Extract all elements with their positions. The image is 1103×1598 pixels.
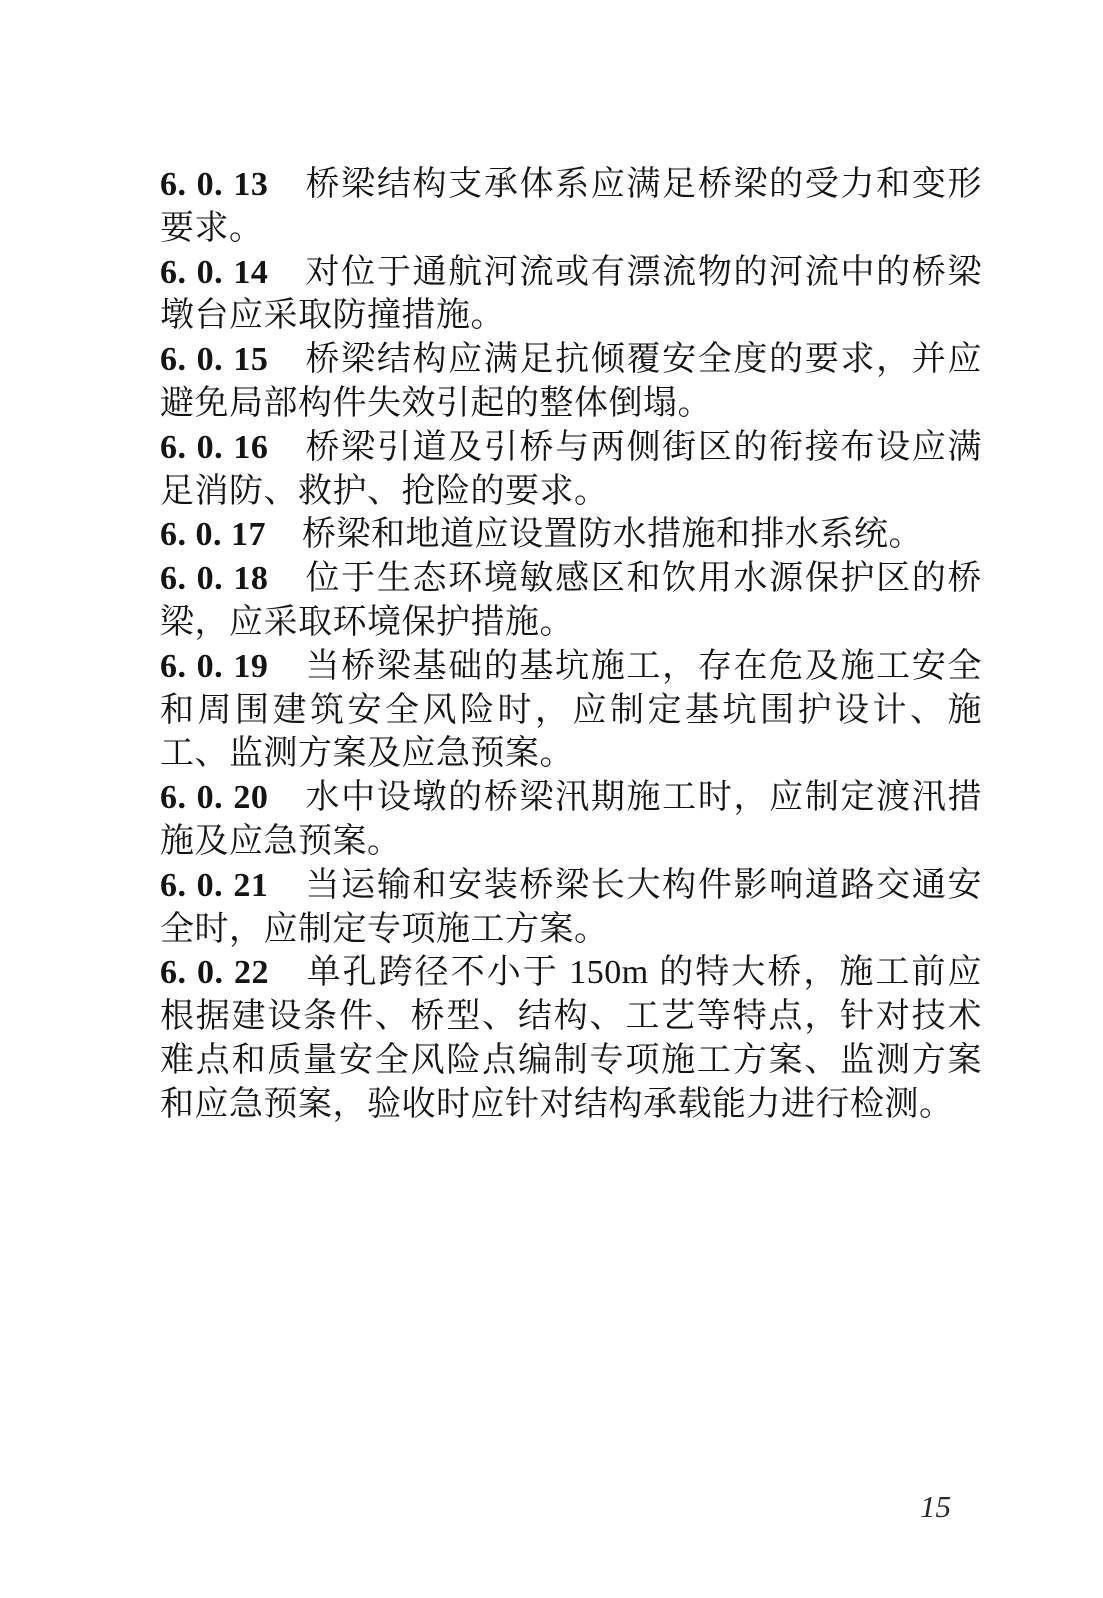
clause-number: 6. 0. 17 <box>160 516 266 553</box>
clause-text: 水中设墩的桥梁汛期施工时，应制定渡汛措施及应急预案。 <box>160 779 982 860</box>
clause-text: 当运输和安装桥梁长大构件影响道路交通安全时，应制定专项施工方案。 <box>160 867 982 948</box>
clause: 6. 0. 17桥梁和地道应设置防水措施和排水系统。 <box>160 513 982 557</box>
clause-number: 6. 0. 13 <box>160 166 268 203</box>
clause-text: 对位于通航河流或有漂流物的河流中的桥梁墩台应采取防撞措施。 <box>160 254 982 335</box>
clause-text: 桥梁结构应满足抗倾覆安全度的要求，并应避免局部构件失效引起的整体倒塌。 <box>160 341 982 422</box>
clause: 6. 0. 22单孔跨径不小于 150m 的特大桥，施工前应根据建设条件、桥型、… <box>160 951 982 1126</box>
clause-text: 当桥梁基础的基坑施工，存在危及施工安全和周围建筑安全风险时，应制定基坑围护设计、… <box>160 648 982 773</box>
clause-number: 6. 0. 15 <box>160 341 268 378</box>
clause-list: 6. 0. 13桥梁结构支承体系应满足桥梁的受力和变形要求。 6. 0. 14对… <box>160 163 982 1127</box>
page-number: 15 <box>920 1489 951 1525</box>
clause-text: 桥梁和地道应设置防水措施和排水系统。 <box>302 516 923 553</box>
clause: 6. 0. 14对位于通航河流或有漂流物的河流中的桥梁墩台应采取防撞措施。 <box>160 251 982 339</box>
clause-number: 6. 0. 22 <box>160 954 269 991</box>
clause: 6. 0. 21当运输和安装桥梁长大构件影响道路交通安全时，应制定专项施工方案。 <box>160 864 982 952</box>
clause: 6. 0. 20水中设墩的桥梁汛期施工时，应制定渡汛措施及应急预案。 <box>160 776 982 864</box>
clause-number: 6. 0. 16 <box>160 429 268 466</box>
clause-number: 6. 0. 18 <box>160 560 268 597</box>
clause: 6. 0. 15桥梁结构应满足抗倾覆安全度的要求，并应避免局部构件失效引起的整体… <box>160 338 982 426</box>
document-page: 6. 0. 13桥梁结构支承体系应满足桥梁的受力和变形要求。 6. 0. 14对… <box>0 0 1103 1598</box>
clause-text: 桥梁结构支承体系应满足桥梁的受力和变形要求。 <box>160 166 982 247</box>
clause-text: 桥梁引道及引桥与两侧街区的衔接布设应满足消防、救护、抢险的要求。 <box>160 429 982 510</box>
clause: 6. 0. 18位于生态环境敏感区和饮用水源保护区的桥梁，应采取环境保护措施。 <box>160 557 982 645</box>
clause-number: 6. 0. 19 <box>160 648 268 685</box>
clause: 6. 0. 19当桥梁基础的基坑施工，存在危及施工安全和周围建筑安全风险时，应制… <box>160 645 982 776</box>
clause: 6. 0. 16桥梁引道及引桥与两侧街区的衔接布设应满足消防、救护、抢险的要求。 <box>160 426 982 514</box>
clause-number: 6. 0. 14 <box>160 254 268 291</box>
clause-text: 单孔跨径不小于 150m 的特大桥，施工前应根据建设条件、桥型、结构、工艺等特点… <box>160 954 982 1122</box>
clause-number: 6. 0. 20 <box>160 779 268 816</box>
clause: 6. 0. 13桥梁结构支承体系应满足桥梁的受力和变形要求。 <box>160 163 982 251</box>
clause-text: 位于生态环境敏感区和饮用水源保护区的桥梁，应采取环境保护措施。 <box>160 560 982 641</box>
clause-number: 6. 0. 21 <box>160 867 268 904</box>
